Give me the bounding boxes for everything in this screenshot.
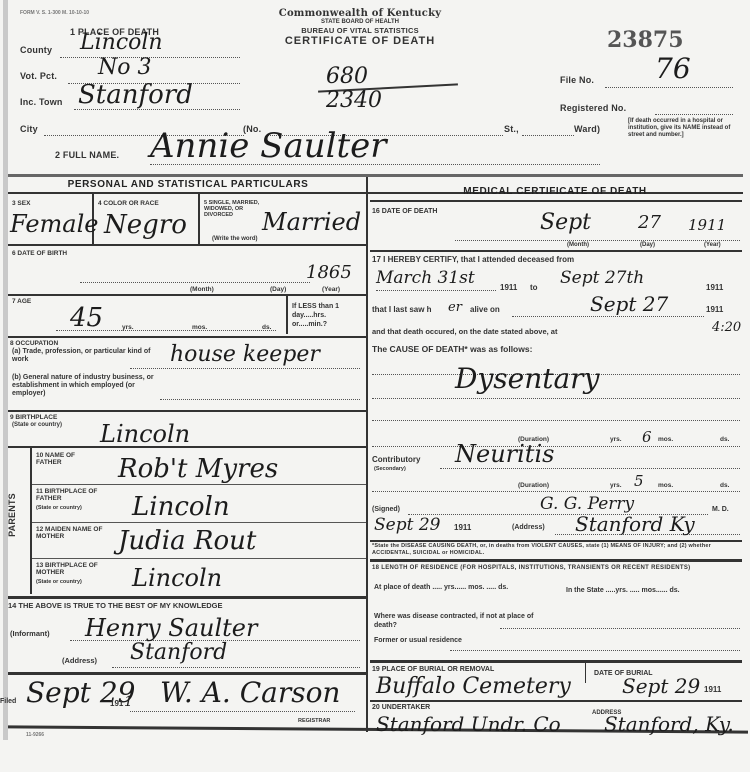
rule-knowledge [8, 596, 366, 599]
dod-month: Sept [540, 210, 591, 235]
bureau-title: BUREAU OF VITAL STATISTICS [245, 26, 475, 35]
inc-town-value: Stanford [78, 80, 193, 110]
marital-value: Married [262, 208, 361, 236]
cause-label: The CAUSE OF DEATH* was as follows: [372, 346, 532, 353]
former-residence: Former or usual residence [374, 636, 494, 645]
race-value: Negro [104, 210, 187, 240]
certificate-number-stamp: 23875 [607, 27, 684, 53]
burial-label: 19 PLACE OF BURIAL OR REMOVAL [372, 666, 494, 673]
rule-mother-birthplace [32, 558, 366, 559]
contributory-duration-ds: ds. [720, 482, 729, 489]
county-value: Lincoln [80, 30, 163, 55]
birthplace-label: 9 BIRTHPLACE [10, 414, 57, 421]
dod-label: 16 DATE OF DEATH [372, 208, 437, 215]
dob-day-label: (Day) [270, 286, 286, 293]
signed-address-label: (Address) [512, 524, 545, 531]
rule-parents [8, 446, 366, 448]
dob-year-value: 1865 [306, 262, 352, 283]
occupation-label: 8 OCCUPATION [10, 340, 58, 347]
cause-duration-mos-value: 6 [642, 428, 652, 446]
mother-birthplace-label: 13 BIRTHPLACE OF MOTHER [36, 562, 116, 576]
mother-birthplace-hint: (State or country) [36, 579, 82, 586]
age-less-divider [286, 294, 288, 334]
former-residence-line [450, 646, 740, 651]
knowledge-label: 14 THE ABOVE IS TRUE TO THE BEST OF MY K… [8, 602, 222, 609]
dod-year-label: (Year) [704, 242, 721, 249]
to-label: to [530, 284, 538, 291]
county-label: County [20, 45, 52, 55]
inc-town-label: Inc. Town [20, 97, 63, 107]
registered-no-label: Registered No. [560, 103, 626, 113]
mother-name-label: 12 MAIDEN NAME OF MOTHER [36, 526, 116, 540]
marital-label: 5 SINGLE, MARRIED, WIDOWED, OR DIVORCED [204, 200, 264, 218]
attended-to: Sept 27th [560, 268, 644, 288]
cause-duration-mos: mos. [658, 436, 673, 443]
cause-duration-yrs: yrs. [610, 436, 622, 443]
occurred-time: 4:20 [712, 320, 741, 335]
at-place-of-death: At place of death ..... yrs...... mos. .… [374, 583, 554, 592]
full-name-label: 2 FULL NAME. [55, 150, 119, 160]
board-title: STATE BOARD OF HEALTH [245, 19, 475, 26]
dod-day: 27 [638, 212, 661, 233]
race-marital-divider [198, 194, 200, 244]
secondary-label: (Secondary) [374, 466, 406, 473]
address-label: (Address) [62, 657, 97, 664]
md-label: M. D. [712, 506, 729, 513]
cause-footnote: *State the DISEASE CAUSING DEATH, or, in… [372, 543, 742, 557]
rule-footnote [370, 540, 742, 542]
rule-father-birthplace [32, 484, 366, 485]
fraction-top: 680 [326, 64, 368, 89]
age-ds: ds. [262, 324, 271, 331]
attended-to-year: 1911 [706, 284, 723, 291]
burial-date-value: Sept 29 [622, 674, 700, 698]
form-code: FORM V. S. 1-300 M. 10-10-10 [20, 10, 89, 17]
less-than-day: If LESS than 1 day.....hrs. or.....min.? [292, 302, 362, 329]
parents-label: PARENTS [7, 493, 17, 537]
last-saw-pronoun: er [448, 300, 462, 315]
cause-duration-ds: ds. [720, 436, 729, 443]
informant-value: Henry Saulter [85, 614, 257, 642]
rule-top [8, 174, 743, 177]
column-divider [366, 177, 368, 732]
filed-year: 191 [110, 700, 123, 707]
last-saw-text-b: alive on [470, 306, 500, 313]
attended-from-year: 1911 [500, 284, 517, 291]
dob-month-label: (Month) [190, 286, 214, 293]
sex-label: 3 SEX [12, 200, 30, 207]
age-mos: mos. [192, 324, 207, 331]
medical-section-title: MEDICAL CERTIFICATE OF DEATH [370, 186, 740, 197]
occupation-b-line [160, 394, 360, 400]
cause-line-3 [372, 416, 740, 421]
form-footer: 11-9266 [26, 732, 44, 739]
address-value: Stanford [130, 640, 227, 665]
contracted-line [500, 624, 740, 629]
contributory-duration-mos: mos. [658, 482, 673, 489]
rule-mother-name [32, 522, 366, 523]
fraction-bottom: 2340 [326, 88, 382, 113]
last-saw-date: Sept 27 [590, 292, 668, 316]
full-name-value: Annie Saulter [150, 126, 387, 166]
dob-label: 6 DATE OF BIRTH [12, 250, 67, 257]
contributory-duration-line [372, 487, 740, 492]
burial-date-divider [585, 663, 586, 683]
signed-label: (Signed) [372, 506, 400, 513]
dob-year-label: (Year) [322, 286, 340, 293]
burial-year: 1911 [704, 686, 721, 693]
signed-value: G. G. Perry [540, 494, 634, 514]
in-the-state: In the State .....yrs. ..... mos...... d… [566, 586, 746, 595]
marital-hint: (Write the word) [212, 236, 258, 243]
rule-burial [370, 660, 742, 663]
rule-occupation [8, 336, 366, 338]
header-block: Commonwealth of Kentucky STATE BOARD OF … [245, 8, 475, 47]
file-no-label: File No. [560, 75, 594, 85]
birthplace-value: Lincoln [100, 420, 190, 448]
rule-undertaker [370, 700, 742, 702]
contributory-value: Neuritis [455, 440, 554, 468]
residence-label: 18 LENGTH OF RESIDENCE (FOR HOSPITALS, I… [372, 565, 742, 572]
attended-from-line [376, 285, 496, 291]
scan-edge [3, 0, 8, 740]
filed-label: Filed [0, 698, 16, 705]
vot-pct-label: Vot. Pct. [20, 71, 57, 81]
signed-address-value: Stanford Ky [575, 512, 695, 536]
dod-month-label: (Month) [567, 242, 589, 249]
dod-year: 1911 [688, 216, 726, 234]
undertaker-address-value: Stanford, Ky. [604, 712, 734, 736]
signed-year: 1911 [454, 524, 471, 531]
certificate-title: CERTIFICATE OF DEATH [245, 35, 475, 47]
registered-no-line [655, 105, 733, 115]
cause-value: Dysentary [455, 362, 599, 395]
registrar-label: REGISTRAR [298, 718, 330, 725]
vot-pct-value: No 3 [98, 55, 152, 80]
dob-line [80, 274, 310, 283]
father-birthplace-label: 11 BIRTHPLACE OF FATHER [36, 488, 101, 502]
father-birthplace-hint: (State or country) [36, 505, 82, 512]
sex-value: Female [10, 210, 99, 238]
mother-name-value: Judia Rout [118, 526, 256, 556]
dod-line [455, 234, 740, 241]
file-no-value: 76 [655, 52, 691, 85]
age-label: 7 AGE [12, 298, 31, 305]
rule-dob [8, 244, 366, 246]
mother-birthplace-value: Lincoln [132, 564, 222, 592]
undertaker-label: 20 UNDERTAKER [372, 704, 430, 711]
contributory-label: Contributory [372, 456, 420, 463]
ward-line [522, 126, 574, 136]
personal-section-title: PERSONAL AND STATISTICAL PARTICULARS [10, 179, 366, 190]
parents-divider [30, 446, 32, 594]
undertaker-value: Stanford Undr. Co [376, 712, 561, 736]
age-yrs: yrs. [122, 324, 134, 331]
race-label: 4 COLOR OR RACE [98, 200, 159, 207]
burial-value: Buffalo Cemetery [376, 674, 571, 699]
father-name-value: Rob't Myres [118, 454, 278, 484]
rule-filed [8, 672, 366, 675]
contributory-duration-yrs: yrs. [610, 482, 622, 489]
city-label: City [20, 124, 38, 134]
commonwealth-title: Commonwealth of Kentucky [245, 8, 475, 19]
rule-residence [370, 559, 742, 562]
occurred-text: and that death occured, on the date stat… [372, 328, 557, 335]
informant-label: (Informant) [10, 630, 50, 637]
ward-label: Ward) [574, 124, 600, 134]
rule-medical-title [370, 200, 742, 202]
st-label: St., [504, 124, 519, 134]
rule-certify [370, 250, 742, 252]
signed-date: Sept 29 [374, 515, 440, 535]
father-birthplace-value: Lincoln [132, 492, 230, 522]
certify-text: 17 I HEREBY CERTIFY, that I attended dec… [372, 256, 574, 263]
cause-duration-line [372, 442, 740, 447]
last-saw-year: 1911 [706, 306, 723, 313]
birthplace-hint: (State or country) [12, 422, 62, 429]
last-saw-text-a: that I last saw h [372, 306, 432, 313]
contributory-duration-mos-value: 5 [634, 472, 644, 490]
occupation-a-line [130, 362, 360, 369]
father-name-label: 10 NAME OF FATHER [36, 452, 96, 466]
registrar-value: W. A. Carson [160, 676, 340, 709]
age-line [56, 324, 276, 331]
rule-age [8, 294, 366, 296]
rule-birthplace [8, 410, 366, 412]
contributory-duration-label: (Duration) [518, 482, 549, 489]
dod-day-label: (Day) [640, 242, 655, 249]
hospital-note: [If death occurred in a hospital or inst… [628, 118, 736, 139]
occupation-b-label: (b) General nature of industry business,… [12, 374, 167, 398]
